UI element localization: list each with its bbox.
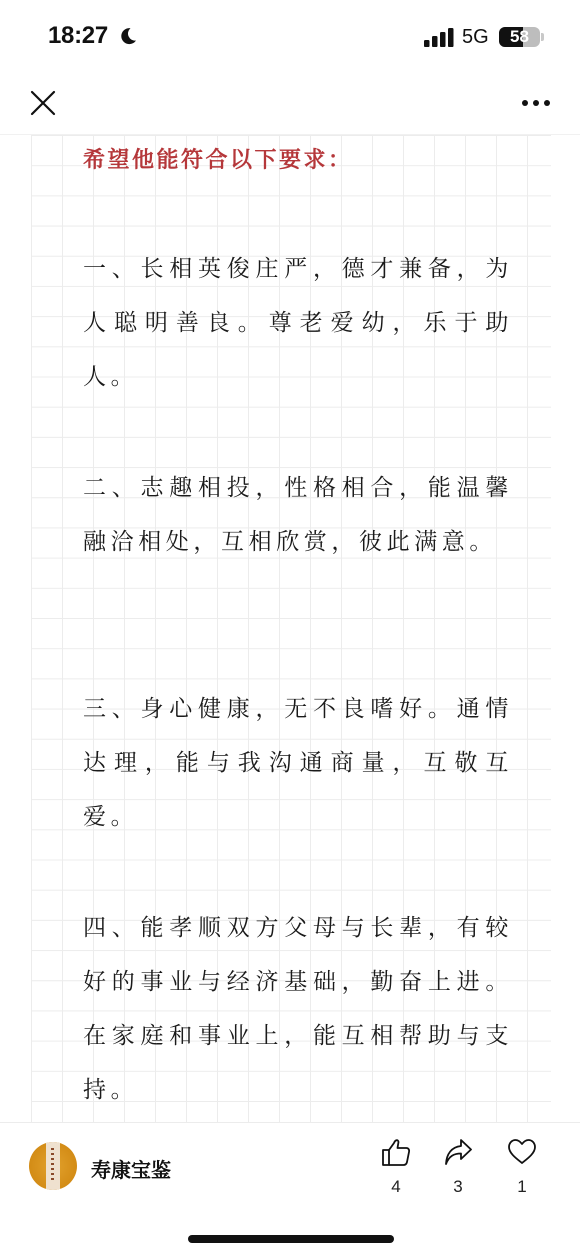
requirement-paragraph-3: 三、身心健康，无不良嗜好。通情达理，能与我沟通商量，互敬互爱。 [83, 682, 513, 844]
battery-cap [541, 33, 544, 41]
requirement-paragraph-2: 二、志趣相投，性格相合，能温馨融洽相处，互相欣赏，彼此满意。 [83, 461, 513, 569]
moon-icon [118, 26, 138, 46]
avatar-calligraphy-strip [46, 1142, 60, 1190]
more-icon [521, 99, 551, 107]
home-indicator[interactable] [188, 1235, 394, 1243]
status-time: 18:27 [48, 22, 108, 50]
document-heading: 希望他能符合以下要求： [83, 143, 353, 174]
signal-bars-icon [424, 28, 454, 47]
favorite-button[interactable]: 1 [500, 1137, 544, 1201]
network-type: 5G [462, 26, 489, 49]
more-button[interactable] [514, 88, 558, 118]
like-button[interactable]: 4 [374, 1137, 418, 1201]
status-bar: 18:27 5G 58 [0, 0, 580, 76]
requirement-paragraph-1: 一、长相英俊庄严，德才兼备，为人聪明善良。尊老爱幼，乐于助人。 [83, 242, 513, 404]
author-avatar[interactable] [29, 1142, 77, 1190]
heart-icon [507, 1137, 537, 1167]
share-count: 3 [436, 1177, 480, 1197]
nav-bar [0, 76, 580, 134]
requirement-paragraph-4: 四、能孝顺双方父母与长辈，有较好的事业与经济基础，勤奋上进。在家庭和事业上，能互… [83, 901, 513, 1117]
close-button[interactable] [24, 84, 62, 122]
like-count: 4 [374, 1177, 418, 1197]
share-arrow-icon [443, 1137, 473, 1167]
author-name[interactable]: 寿康宝鉴 [91, 1154, 171, 1183]
battery-icon: 58 [499, 27, 540, 47]
favorite-count: 1 [500, 1177, 544, 1197]
share-button[interactable]: 3 [436, 1137, 480, 1201]
article-content[interactable]: 希望他能符合以下要求： 一、长相英俊庄严，德才兼备，为人聪明善良。尊老爱幼，乐于… [0, 134, 580, 1122]
battery-level: 58 [499, 27, 540, 47]
thumbs-up-icon [381, 1137, 411, 1167]
close-icon [30, 90, 56, 116]
